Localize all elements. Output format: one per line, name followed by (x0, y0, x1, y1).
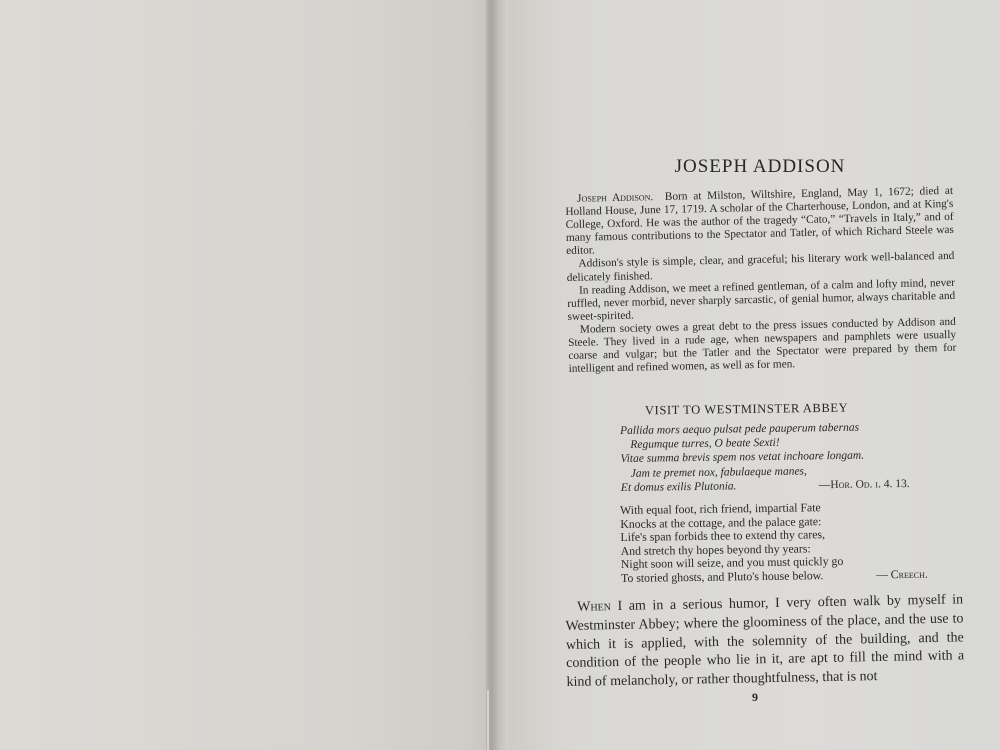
book-gutter (486, 0, 508, 750)
page-number: 9 (752, 690, 758, 705)
thread (487, 690, 489, 750)
essay-text: I am in a serious humor, I very often wa… (565, 592, 964, 690)
latin-attribution: —Hor. Od. i. 4. 13. (819, 477, 910, 492)
latin-epigraph: Pallida mors aequo pulsat pede pauperum … (620, 419, 961, 495)
english-translation: With equal foot, rich friend, impartial … (620, 499, 961, 585)
bio-lead-name: Joseph Addison. (577, 191, 653, 205)
translation-attribution: — Creech. (876, 568, 928, 582)
chapter-title: JOSEPH ADDISON (560, 156, 960, 178)
essay-body: When I am in a serious humor, I very oft… (565, 591, 965, 693)
bio-paragraph-1: Joseph Addison. Born at Milston, Wiltshi… (565, 185, 954, 259)
bio-paragraph-4: Modern society owes a great debt to the … (568, 316, 957, 376)
left-page-blank (0, 0, 490, 750)
essay-lead-word: When (577, 599, 611, 615)
essay-title: VISIT TO WESTMINSTER ABBEY (645, 401, 848, 419)
author-biography: Joseph Addison. Born at Milston, Wiltshi… (565, 185, 957, 376)
